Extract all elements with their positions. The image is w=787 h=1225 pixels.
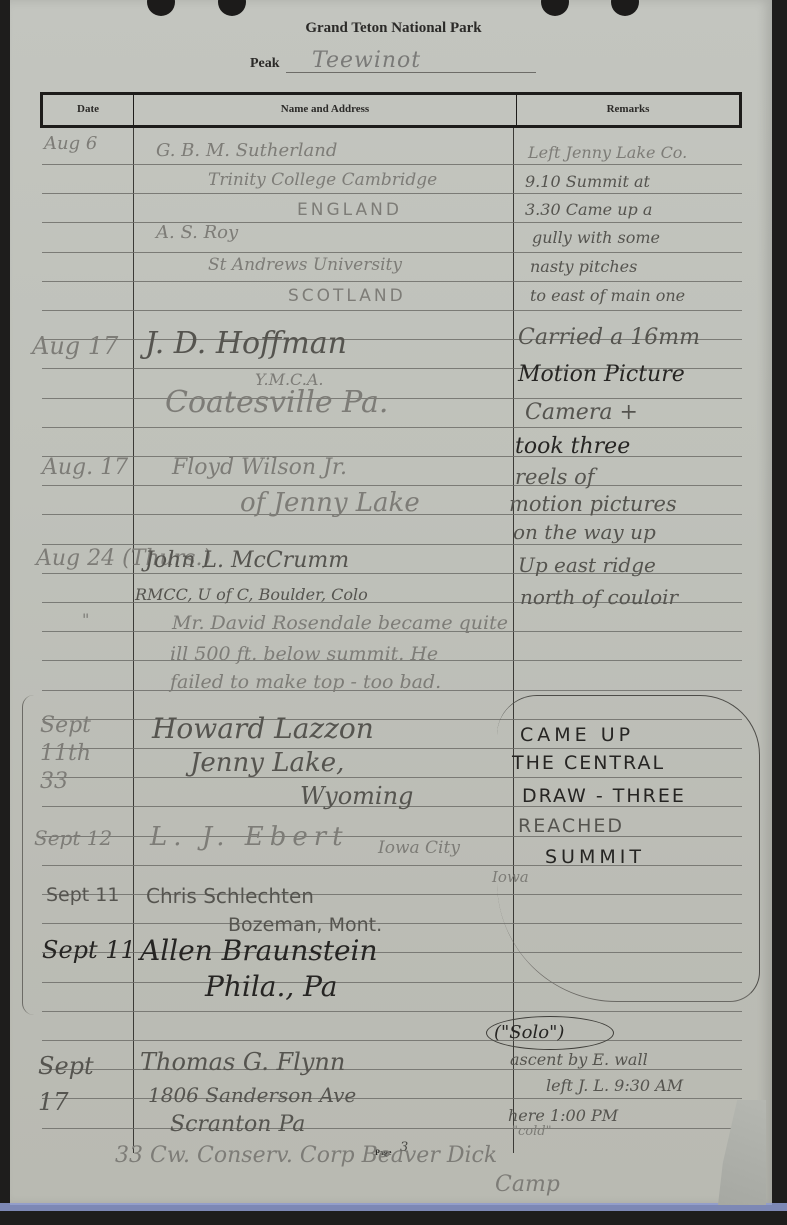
table-header: Date Name and Address Remarks (40, 92, 742, 128)
entry-address: of Jenny Lake (240, 488, 420, 518)
entry-date: Sept 11 (46, 884, 119, 906)
remark-line: DRAW - THREE (522, 785, 686, 807)
entry-address: Bozeman, Mont. (228, 914, 382, 936)
remark-line: nasty pitches (530, 257, 637, 276)
ruled-line (42, 310, 742, 311)
remark-line: Carried a 16mm (518, 325, 700, 350)
entry-date: Aug 6 (44, 133, 97, 154)
entry-name: L. J. Ebert (150, 822, 349, 852)
entry-date: Sept 11th 33 (40, 712, 120, 796)
remark-line: reels of (515, 465, 594, 489)
entry-date: Sept 17 (38, 1048, 118, 1120)
ruled-line (42, 281, 742, 282)
column-header-date: Date (43, 95, 133, 125)
entry-address: Jenny Lake, (190, 748, 344, 778)
column-header-name: Name and Address (134, 95, 516, 125)
remark-line: on the way up (513, 520, 656, 544)
form-title: Grand Teton National Park (0, 20, 787, 37)
entry-address: St Andrews University (208, 255, 402, 275)
footer-note: Camp (495, 1172, 560, 1197)
entry-address: RMCC, U of C, Boulder, Colo (135, 585, 368, 604)
remark-line: CAME UP (520, 724, 634, 746)
entry-date: Sept 12 (34, 826, 112, 850)
remark-line: Mr. David Rosendale became quite (172, 612, 508, 634)
ruled-line (42, 164, 742, 165)
entry-date: Aug. 17 (42, 455, 128, 480)
ruled-line (42, 427, 742, 428)
remark-line: here 1:00 PM (508, 1106, 618, 1125)
entry-date: Aug 17 (32, 332, 118, 360)
remark-line: SUMMIT (545, 846, 645, 868)
entry-date: Sept 11 (42, 936, 136, 964)
ruled-line (42, 1011, 742, 1012)
remark-line: Camera + (525, 400, 638, 425)
remark-line: Up east ridge (518, 553, 656, 577)
remark-line: REACHED (518, 815, 624, 837)
ruled-line (42, 252, 742, 253)
entry-name: J. D. Hoffman (145, 326, 347, 361)
remark-line: to east of main one (530, 286, 685, 305)
entry-name: John L. McCrumm (145, 548, 349, 573)
ruled-line (42, 1040, 742, 1041)
entry-name: Thomas G. Flynn (140, 1048, 345, 1076)
remark-line: 9.10 Summit at (525, 172, 650, 191)
remark-line: left J. L. 9:30 AM (546, 1076, 683, 1095)
entry-name: Allen Braunstein (140, 934, 378, 967)
ruled-line (42, 1098, 742, 1099)
ruled-line (42, 456, 742, 457)
entry-name: G. B. M. Sutherland (156, 140, 337, 161)
entry-address: 1806 Sanderson Ave (148, 1083, 356, 1107)
remark-line: took three (515, 434, 630, 459)
ruled-line (42, 193, 742, 194)
remark-line: motion pictures (509, 492, 677, 516)
peak-label: Peak (250, 56, 280, 72)
date-brace-drawing (22, 695, 37, 1015)
ruled-line (42, 485, 742, 486)
remark-line: ("Solo") (494, 1022, 564, 1043)
entry-address: Coatesville Pa. (165, 385, 388, 420)
ruled-line (42, 222, 742, 223)
entry-address: ENGLAND (297, 200, 402, 220)
ruled-line (42, 1128, 742, 1129)
entry-address: SCOTLAND (288, 286, 406, 306)
entry-name: A. S. Roy (156, 222, 238, 243)
column-header-remarks: Remarks (517, 95, 739, 125)
remark-line: 3.30 Came up a (525, 200, 652, 219)
entry-address: Phila., Pa (205, 970, 337, 1003)
remark-line: "cold" (512, 1124, 552, 1139)
entry-date: " (82, 610, 89, 629)
remark-line: north of couloir (520, 585, 678, 609)
remark-line: failed to make top - too bad. (170, 671, 441, 693)
entry-address: Wyoming (300, 782, 413, 810)
entry-address: Iowa (492, 868, 529, 886)
ruled-line (42, 398, 742, 399)
entry-address: Trinity College Cambridge (208, 170, 437, 190)
remark-line: Motion Picture (518, 362, 685, 387)
remark-line: gully with some (532, 228, 660, 247)
entry-name: Howard Lazzon (152, 712, 374, 745)
entry-address: Scranton Pa (170, 1112, 305, 1137)
entry-name: Chris Schlechten (146, 884, 314, 908)
entry-name: Floyd Wilson Jr. (172, 455, 347, 480)
remark-line: ill 500 ft. below summit. He (170, 643, 438, 665)
entry-address: Iowa City (378, 838, 460, 858)
remark-line: THE CENTRAL (512, 752, 665, 774)
page-edge (0, 1203, 787, 1211)
footer-note: 33 Cw. Conserv. Corp Beaver Dick (115, 1143, 497, 1168)
peak-value: Teewinot (312, 48, 421, 73)
remark-line: ascent by E. wall (510, 1050, 648, 1069)
remark-line: Left Jenny Lake Co. (528, 143, 687, 162)
